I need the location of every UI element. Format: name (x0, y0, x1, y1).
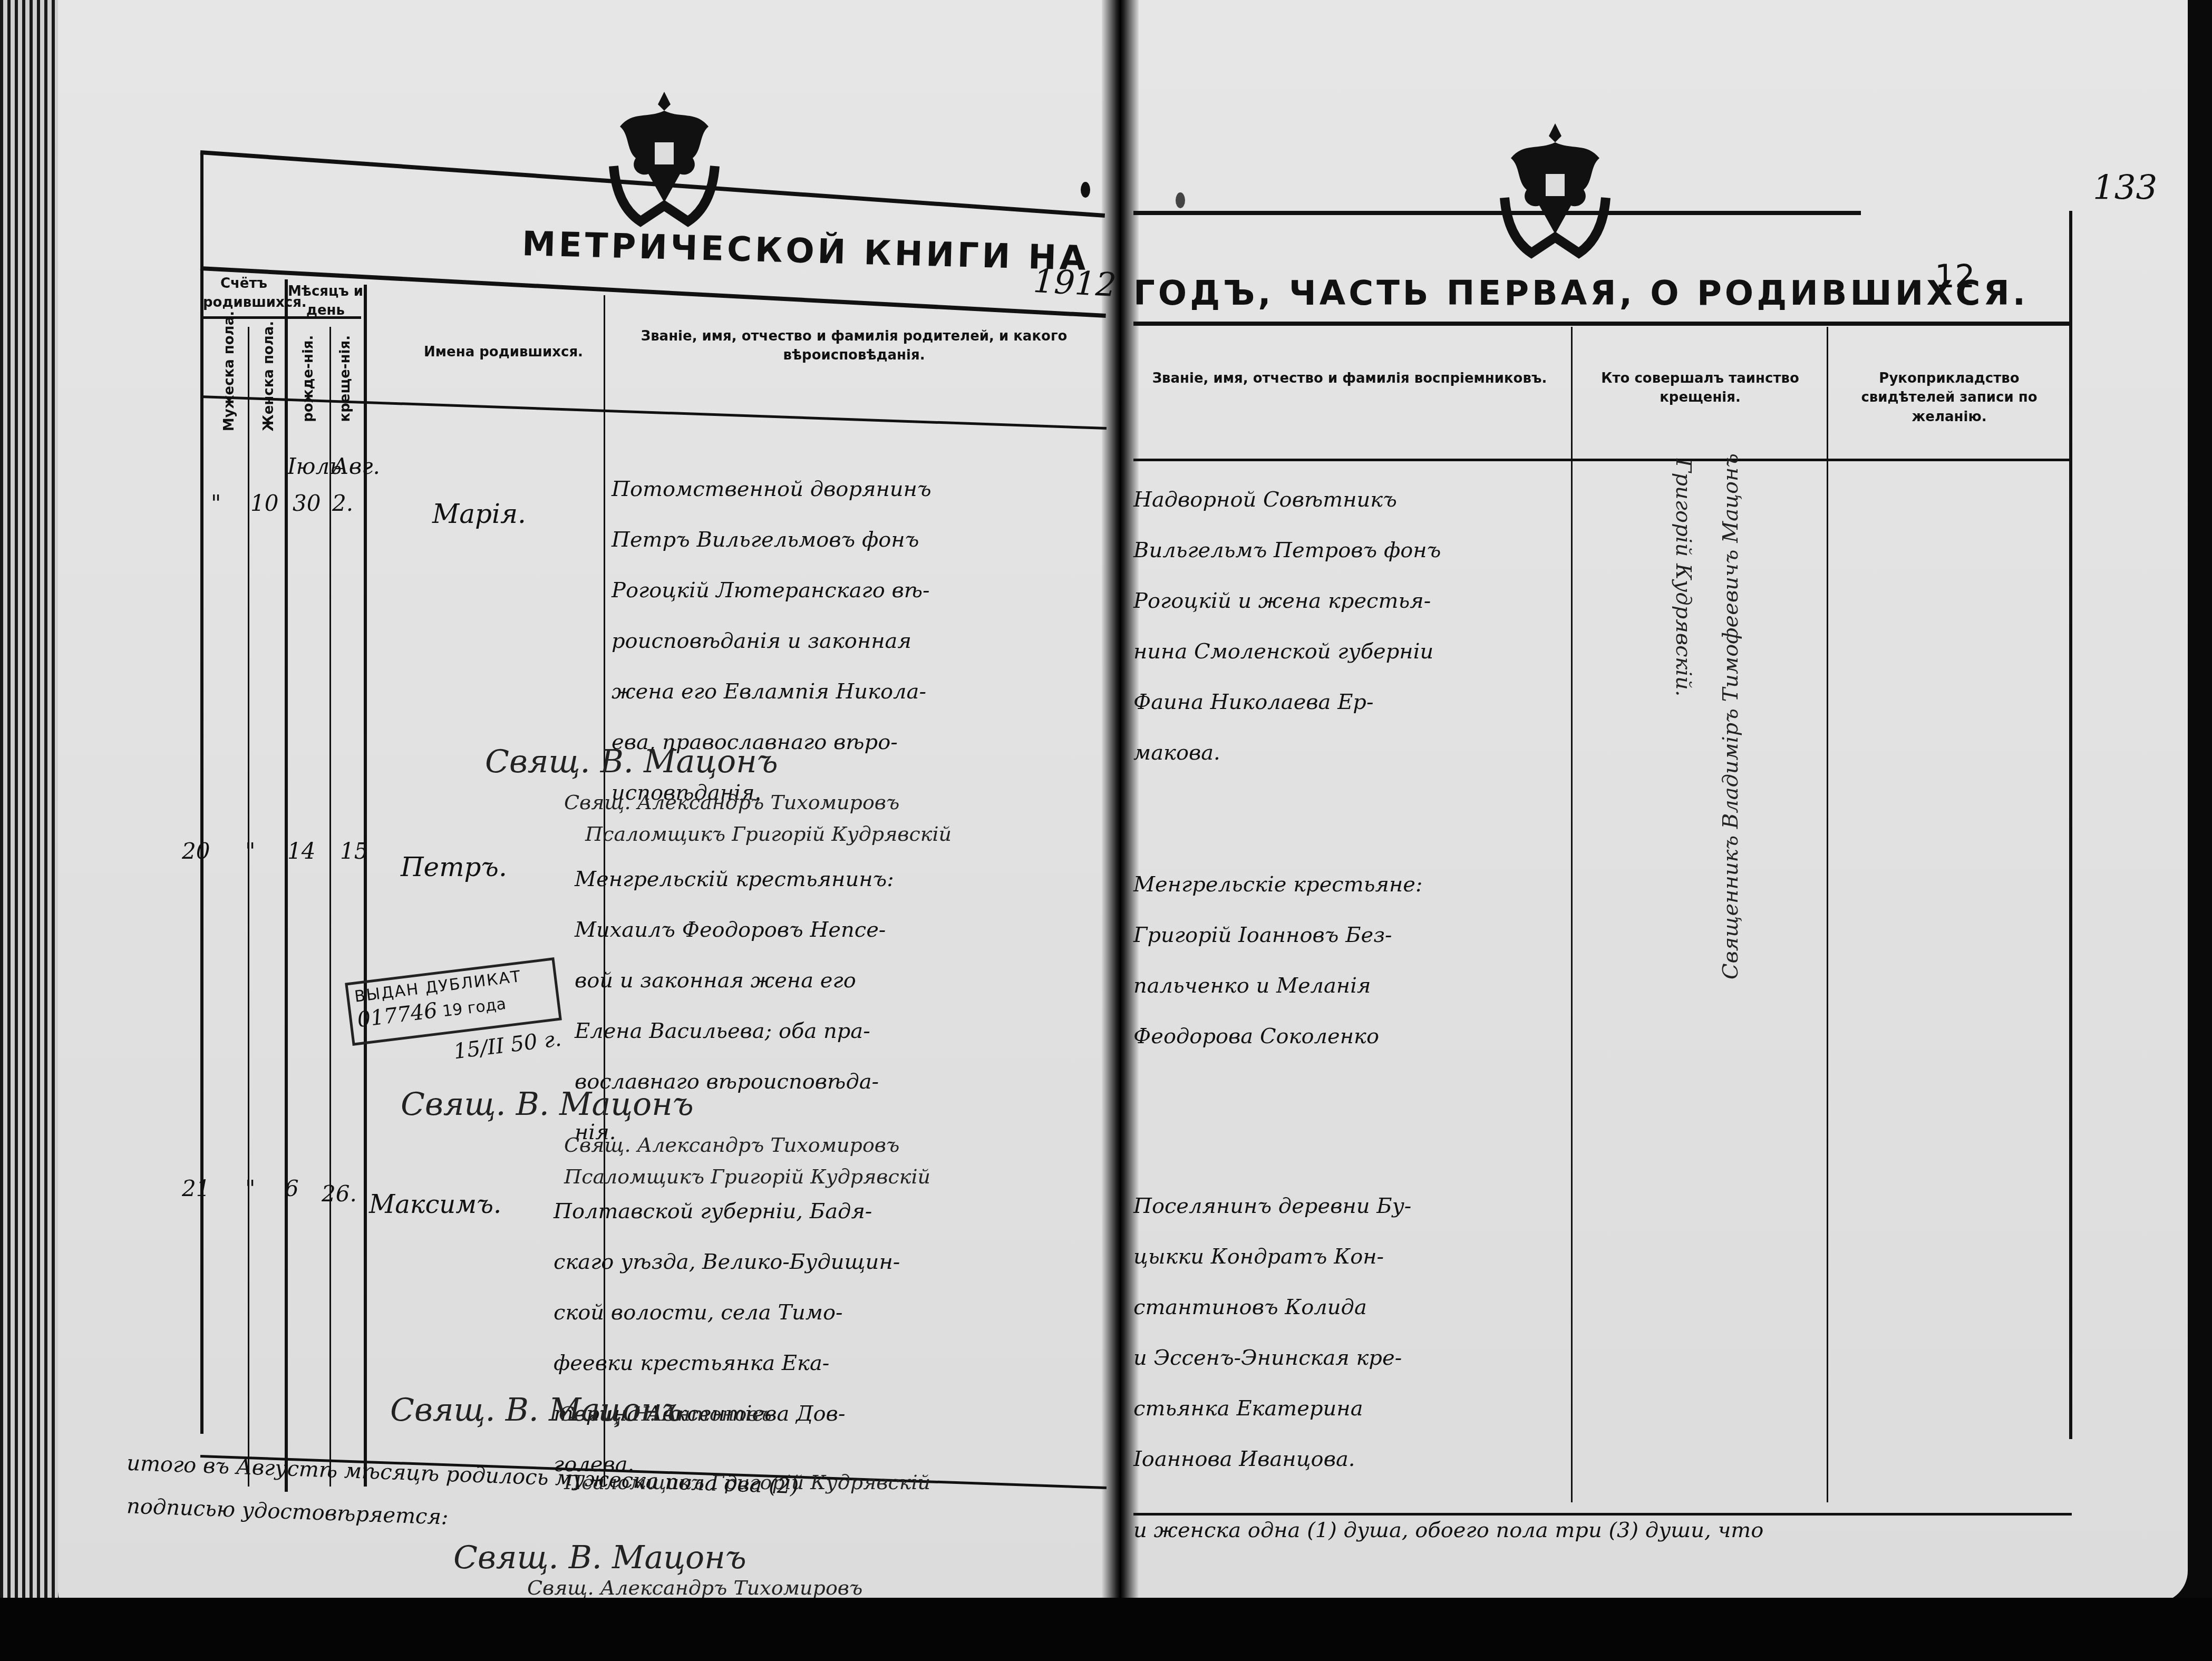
summary-rule (1133, 1513, 2072, 1516)
female-count: " (245, 1165, 255, 1212)
parents-text: Полтавской губерніи, Бадя- скаго уѣзда, … (554, 1186, 1075, 1490)
summary-priest-signature: Свящ. В. Мацонъ (453, 1539, 746, 1576)
header-date-group: Мѣсяцъ и день (287, 282, 364, 320)
header-count-group: Счётъ родившихся. (203, 274, 285, 313)
top-border-rule (1133, 211, 1861, 215)
female-count: " (245, 828, 255, 875)
header-names: Имена родившихся. (406, 343, 601, 362)
scan-background (0, 1598, 2212, 1661)
column-divider (248, 327, 249, 1487)
child-name: Максимъ. (369, 1181, 501, 1228)
summary-line-1-right: и женска одна (1) душа, обоего пола три … (1133, 1518, 1763, 1542)
header-count-male: Мужеска пола. (220, 326, 239, 431)
page-number: 12 (1935, 258, 1975, 295)
header-parents: Званіе, имя, отчество и фамилія родителе… (612, 327, 1097, 365)
godparents-text: Менгрельскіе крестьяне: Григорій Іоаннов… (1133, 859, 1566, 1062)
column-divider (329, 327, 331, 1487)
male-count: " (211, 480, 221, 527)
female-count: 10 (250, 480, 278, 527)
summary-priest-signature: Свящ. Александръ Тихомировъ (527, 1576, 862, 1599)
male-count: 20 (182, 828, 210, 875)
psalmist-signature: Псаломщикъ Григорій Кудрявскій (564, 1165, 930, 1188)
child-name: Петръ. (401, 843, 507, 891)
book-page-edges (0, 0, 58, 1661)
baptism-day: 2. (332, 480, 353, 527)
male-count: 21 (182, 1165, 210, 1212)
header-godparents: Званіе, имя, отчество и фамилія воспріем… (1149, 369, 1550, 388)
baptism-day: 15 (340, 828, 368, 875)
child-name: Марія. (432, 490, 526, 538)
birth-day: 6 (285, 1165, 299, 1212)
officiant-note: Григорій Кудрявскій. (1671, 459, 1695, 696)
priest-signature: Свящ. В. Мацонъ (485, 743, 778, 780)
imperial-eagle-crest-icon (1476, 111, 1634, 269)
priest-signature: Свящ. Александръ Тихомировъ (564, 1133, 899, 1157)
stamp-year-prefix: 19 (441, 1000, 463, 1021)
binding-hole (1176, 192, 1185, 208)
header-officiant: Кто совершалъ таинство крещенія. (1576, 369, 1824, 407)
header-date-baptism: креще-нія. (336, 326, 355, 431)
left-frame-line (200, 153, 203, 1434)
folio-number: 133 (2093, 169, 2157, 208)
priest-signature: Свящ. В. Мацонъ (401, 1086, 694, 1123)
imperial-eagle-crest-icon (585, 79, 743, 237)
birth-day: 14 (287, 828, 315, 875)
right-frame-line (2069, 211, 2072, 1439)
column-divider (1571, 327, 1573, 1502)
header-witness-signatures: Рукоприкладство свидѣтелей записи по жел… (1832, 369, 2067, 426)
baptism-day: 26. (322, 1170, 357, 1218)
header-top-rule (1133, 322, 2072, 326)
stamp-year-suffix: года (467, 995, 507, 1018)
birth-day: 30 (293, 480, 321, 527)
header-bottom-rule (1133, 459, 2072, 461)
column-divider (1827, 327, 1828, 1502)
register-year: 1912 (1032, 261, 1117, 304)
binding-hole (1081, 182, 1090, 198)
godparents-text: Поселянинъ деревни Бу- цыкки Кондратъ Ко… (1133, 1181, 1566, 1484)
priest-signature: Свящ. Н. Антоновъ (559, 1402, 772, 1425)
psalmist-signature: Псаломщикъ Григорій Кудрявскій (585, 822, 952, 846)
priest-signature: Свящ. Александръ Тихомировъ (564, 791, 899, 814)
header-count-female: Женска пола. (259, 326, 278, 431)
officiant-note: Священникъ Владиміръ Тимофеевичъ Мацонъ (1719, 453, 1743, 979)
godparents-text: Надворной Совѣтникъ Вильгельмъ Петровъ ф… (1133, 474, 1566, 778)
register-title-right: ГОДЪ, ЧАСТЬ ПЕРВАЯ, О РОДИВШИХСЯ. (1133, 274, 2029, 313)
header-date-birth: рожде-нія. (299, 326, 318, 431)
